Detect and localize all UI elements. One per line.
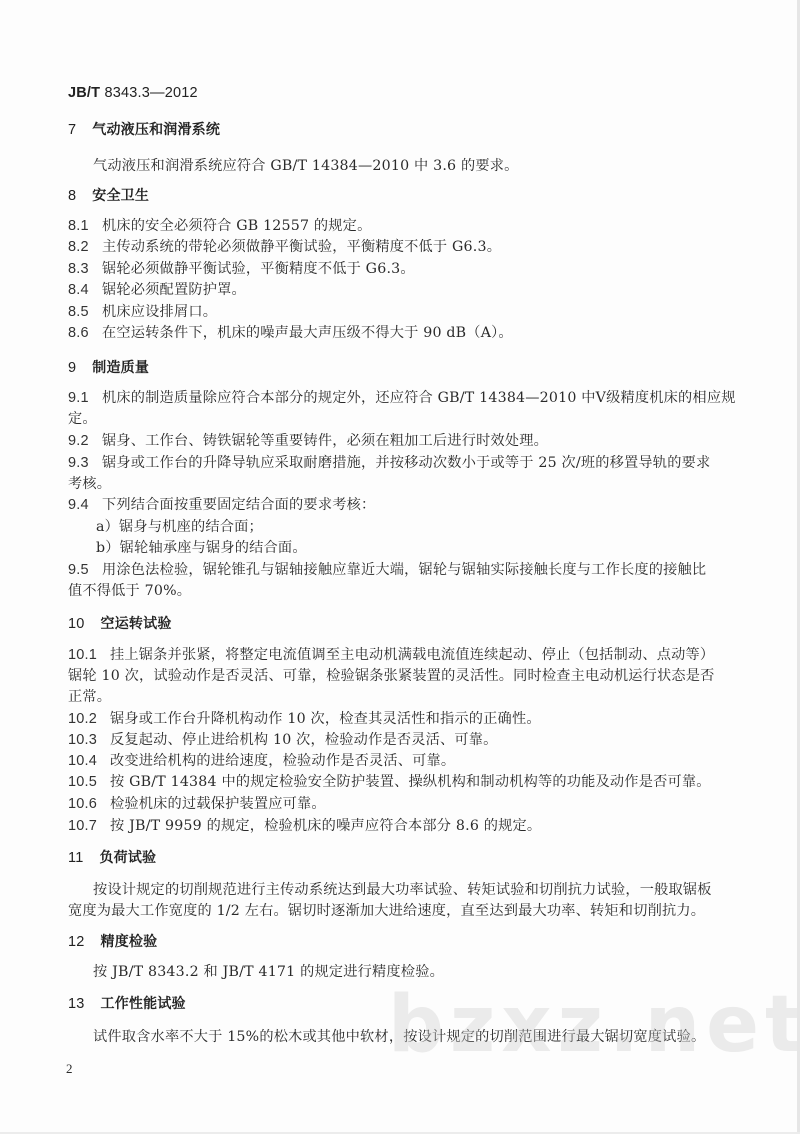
clause-text: 反复起动、停止进给机构 10 次，检验动作是否灵活、可靠。 (110, 732, 498, 748)
section-title: 精度检验 (101, 934, 158, 950)
clause-9-4-item-a: a）锯身与机座的结合面； (96, 518, 263, 536)
section-number: 7 (68, 121, 76, 139)
clause-8-1: 8.1机床的安全必须符合 GB 12557 的规定。 (68, 217, 371, 235)
clause-text: 用涂色法检验，锯轮锥孔与锯轴接触应靠近大端，锯轮与锯轴实际接触长度与工作长度的接… (102, 562, 706, 578)
clause-text: 机床的制造质量除应符合本部分的规定外，还应符合 GB/T 14384—2010 … (102, 390, 736, 406)
section-number: 9 (68, 359, 76, 377)
section-title: 负荷试验 (99, 850, 156, 866)
clause-10-2: 10.2锯身或工作台升降机构动作 10 次，检查其灵活性和指示的正确性。 (68, 710, 541, 728)
clause-number: 8.6 (68, 324, 102, 342)
clause-text: 在空运转条件下，机床的噪声最大声压级不得大于 90 dB（A）。 (102, 325, 513, 341)
clause-8-5: 8.5机床应设排屑口。 (68, 303, 217, 321)
clause-9-2: 9.2锯身、工作台、铸铁锯轮等重要铸件，必须在粗加工后进行时效处理。 (68, 432, 548, 450)
clause-9-3: 9.3锯身或工作台的升降导轨应采取耐磨措施，并按移动次数小于或等于 25 次/班… (68, 454, 710, 472)
clause-10-3: 10.3反复起动、停止进给机构 10 次，检验动作是否灵活、可靠。 (68, 731, 498, 749)
clause-number: 10.2 (68, 710, 110, 728)
doc-id-prefix: JB/T (68, 85, 100, 101)
clause-number: 9.1 (68, 389, 102, 407)
clause-10-7: 10.7按 JB/T 9959 的规定，检验机床的噪声应符合本部分 8.6 的规… (68, 817, 541, 835)
clause-text: 检验机床的过载保护装置应可靠。 (110, 796, 326, 812)
clause-number: 10.7 (68, 817, 110, 835)
clause-text: 机床应设排屑口。 (102, 304, 217, 320)
clause-9-1: 9.1机床的制造质量除应符合本部分的规定外，还应符合 GB/T 14384—20… (68, 389, 736, 407)
clause-number: 10.3 (68, 731, 110, 749)
clause-text: 锯身或工作台升降机构动作 10 次，检查其灵活性和指示的正确性。 (110, 711, 541, 727)
watermark: bzxz.net (388, 986, 800, 1064)
section-7-body: 气动液压和润滑系统应符合 GB/T 14384—2010 中 3.6 的要求。 (93, 157, 519, 175)
clause-9-5: 9.5用涂色法检验，锯轮锥孔与锯轴接触应靠近大端，锯轮与锯轴实际接触长度与工作长… (68, 561, 706, 579)
section-12-heading: 12精度检验 (68, 933, 157, 951)
section-12-body: 按 JB/T 8343.2 和 JB/T 4171 的规定进行精度检验。 (93, 963, 444, 981)
clause-text: 挂上锯条并张紧，将整定电流值调至主电动机满载电流值连续起动、停止（包括制动、点动… (110, 647, 714, 663)
clause-text: 锯轮必须配置防护罩。 (102, 282, 246, 298)
clause-text: 下列结合面按重要固定结合面的要求考核： (102, 497, 375, 513)
section-number: 11 (68, 849, 83, 867)
clause-8-6: 8.6在空运转条件下，机床的噪声最大声压级不得大于 90 dB（A）。 (68, 324, 513, 342)
clause-9-4-item-b: b）锯轮轴承座与锯身的结合面。 (96, 539, 307, 557)
section-13-heading: 13工作性能试验 (68, 995, 186, 1013)
clause-9-4: 9.4下列结合面按重要固定结合面的要求考核： (68, 496, 375, 514)
doc-id-number: 8343.3—2012 (100, 85, 198, 101)
section-10-heading: 10空运转试验 (68, 615, 172, 633)
section-title: 空运转试验 (101, 616, 172, 632)
clause-text: 主传动系统的带轮必须做静平衡试验，平衡精度不低于 G6.3。 (102, 239, 501, 255)
clause-number: 8.4 (68, 281, 102, 299)
document-page: JB/T 8343.3—2012 7气动液压和润滑系统 气动液压和润滑系统应符合… (0, 0, 800, 1134)
clause-number: 8.2 (68, 238, 102, 256)
page-number: 2 (66, 1060, 73, 1078)
section-11-body-continued: 宽度为最大工作宽度的 1/2 左右。锯切时逐渐加大进给速度，直至达到最大功率、转… (68, 902, 705, 920)
document-id: JB/T 8343.3—2012 (68, 84, 198, 102)
clause-number: 8.3 (68, 260, 102, 278)
clause-number: 10.4 (68, 752, 110, 770)
clause-text: 锯轮必须做静平衡试验，平衡精度不低于 G6.3。 (102, 261, 415, 277)
clause-10-1-continued-2: 正常。 (68, 688, 111, 706)
clause-number: 8.5 (68, 303, 102, 321)
section-number: 13 (68, 995, 85, 1013)
section-9-heading: 9制造质量 (68, 359, 149, 377)
clause-8-2: 8.2主传动系统的带轮必须做静平衡试验，平衡精度不低于 G6.3。 (68, 238, 501, 256)
clause-10-1: 10.1挂上锯条并张紧，将整定电流值调至主电动机满载电流值连续起动、停止（包括制… (68, 646, 714, 664)
section-number: 12 (68, 933, 85, 951)
section-title: 安全卫生 (92, 188, 149, 204)
clause-number: 9.5 (68, 561, 102, 579)
clause-number: 10.5 (68, 773, 110, 791)
clause-number: 8.1 (68, 217, 102, 235)
section-title: 工作性能试验 (101, 996, 186, 1012)
section-11-heading: 11负荷试验 (68, 849, 156, 867)
clause-text: 按 JB/T 9959 的规定，检验机床的噪声应符合本部分 8.6 的规定。 (110, 818, 541, 834)
clause-text: 机床的安全必须符合 GB 12557 的规定。 (102, 218, 371, 234)
clause-10-5: 10.5按 GB/T 14384 中的规定检验安全防护装置、操纵机构和制动机构等… (68, 773, 711, 791)
clause-text: 按 GB/T 14384 中的规定检验安全防护装置、操纵机构和制动机构等的功能及… (110, 774, 711, 790)
section-8-heading: 8安全卫生 (68, 187, 149, 205)
clause-text: 改变进给机构的进给速度，检验动作是否灵活、可靠。 (110, 753, 455, 769)
section-11-body: 按设计规定的切削规范进行主传动系统达到最大功率试验、转矩试验和切削抗力试验，一般… (93, 881, 712, 899)
clause-8-3: 8.3锯轮必须做静平衡试验，平衡精度不低于 G6.3。 (68, 260, 415, 278)
clause-10-6: 10.6检验机床的过载保护装置应可靠。 (68, 795, 326, 813)
clause-number: 9.2 (68, 432, 102, 450)
section-7-heading: 7气动液压和润滑系统 (68, 121, 220, 139)
section-title: 气动液压和润滑系统 (92, 122, 220, 138)
clause-9-3-continued: 考核。 (68, 475, 111, 493)
clause-8-4: 8.4锯轮必须配置防护罩。 (68, 281, 246, 299)
clause-10-4: 10.4改变进给机构的进给速度，检验动作是否灵活、可靠。 (68, 752, 455, 770)
clause-text: 锯身或工作台的升降导轨应采取耐磨措施，并按移动次数小于或等于 25 次/班的移置… (102, 455, 710, 471)
clause-number: 9.3 (68, 454, 102, 472)
section-number: 8 (68, 187, 76, 205)
clause-9-1-continued: 定。 (68, 410, 97, 428)
clause-number: 10.6 (68, 795, 110, 813)
clause-9-5-continued: 值不得低于 70%。 (68, 582, 191, 600)
clause-text: 锯身、工作台、铸铁锯轮等重要铸件，必须在粗加工后进行时效处理。 (102, 433, 548, 449)
clause-10-1-continued: 锯轮 10 次，试验动作是否灵活、可靠，检验锯条张紧装置的灵活性。同时检查主电动… (68, 667, 715, 685)
clause-number: 10.1 (68, 646, 110, 664)
section-number: 10 (68, 615, 85, 633)
section-title: 制造质量 (92, 360, 149, 376)
clause-number: 9.4 (68, 496, 102, 514)
